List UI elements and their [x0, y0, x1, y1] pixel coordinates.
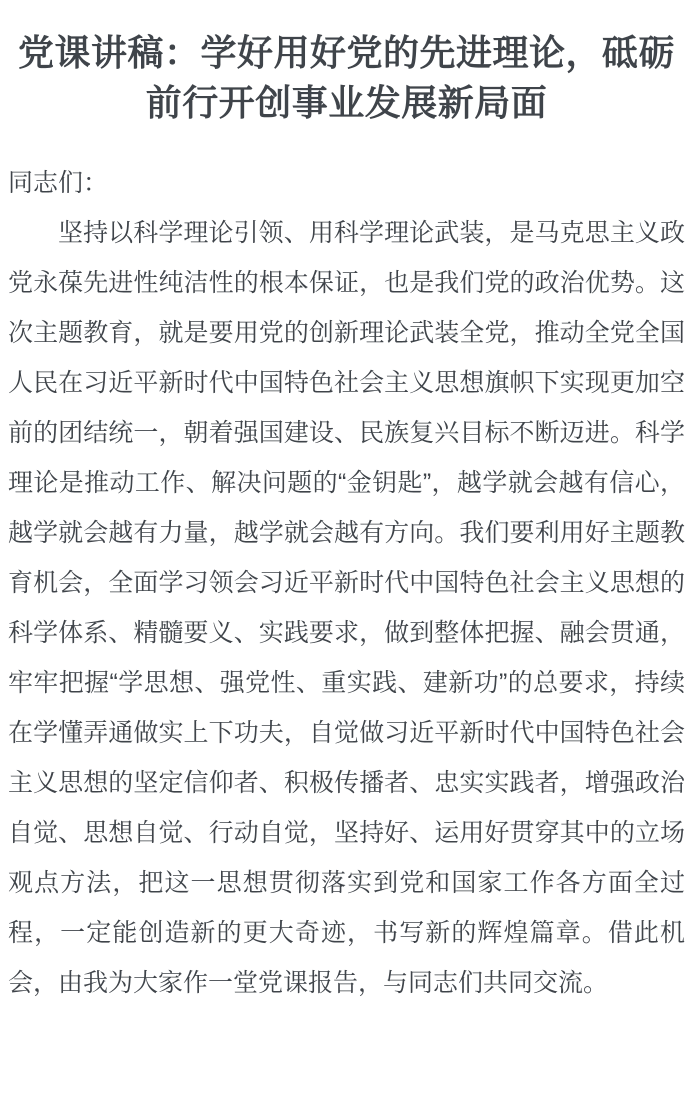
document-page: 党课讲稿：学好用好党的先进理论，砥砺前行开创事业发展新局面 同志们： 坚持以科学…	[0, 0, 693, 1097]
salutation: 同志们：	[8, 158, 685, 208]
body-paragraph: 坚持以科学理论引领、用科学理论武装，是马克思主义政党永葆先进性纯洁性的根本保证，…	[8, 208, 685, 1008]
document-title: 党课讲稿：学好用好党的先进理论，砥砺前行开创事业发展新局面	[8, 28, 685, 128]
